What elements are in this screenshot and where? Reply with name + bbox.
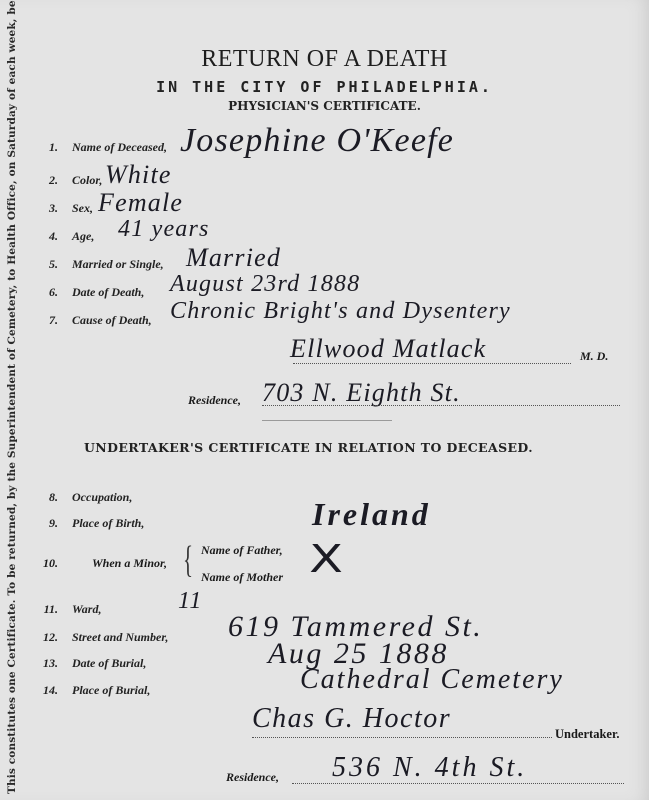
undertaker-certificate-heading: UNDERTAKER'S CERTIFICATE IN RELATION TO … (84, 440, 533, 455)
physician-residence-line (262, 405, 620, 406)
date-of-death-value: August 23rd 1888 (170, 271, 360, 298)
field-label: Color, (72, 173, 102, 187)
field-married-or-single: 5.Married or Single, (36, 257, 164, 272)
field-cause-of-death: 7.Cause of Death, (36, 313, 152, 328)
field-number: 7. (36, 313, 58, 328)
undertaker-residence-label: Residence, (226, 770, 279, 785)
field-label: Married or Single, (72, 257, 164, 271)
field-ward: 11.Ward, (36, 602, 101, 617)
mother-name-label: Name of Mother (201, 570, 283, 585)
father-name-label: Name of Father, (201, 543, 283, 558)
field-number: 12. (36, 630, 58, 645)
field-date-of-burial: 13.Date of Burial, (36, 656, 146, 671)
undertaker-residence-line (292, 783, 624, 784)
ward-value: 11 (178, 588, 203, 615)
field-label: Cause of Death, (72, 313, 152, 327)
field-label: Date of Burial, (72, 656, 146, 670)
undertaker-residence-value: 536 N. 4th St. (332, 752, 527, 784)
margin-instructions: This constitutes one Certificate. To be … (2, 8, 22, 794)
field-number: 11. (36, 602, 58, 617)
field-label: Occupation, (72, 490, 132, 504)
section-divider (262, 420, 392, 421)
field-number: 5. (36, 257, 58, 272)
field-number: 14. (36, 683, 58, 698)
field-place-of-birth: 9.Place of Birth, (36, 516, 144, 531)
undertaker-signature-line (252, 737, 552, 738)
field-label: Place of Burial, (72, 683, 150, 697)
physician-signature-line (293, 363, 571, 364)
field-label: When a Minor, (92, 556, 167, 571)
field-place-of-burial: 14.Place of Burial, (36, 683, 150, 698)
field-label: Ward, (72, 602, 101, 616)
field-number: 10. (36, 556, 58, 571)
field-label: Place of Birth, (72, 516, 144, 530)
physician-residence-label: Residence, (188, 393, 241, 408)
field-color: 2.Color, (36, 173, 102, 188)
field-name-of-deceased: 1.Name of Deceased, (36, 140, 167, 155)
brace-icon: { (183, 540, 193, 580)
deceased-name-value: Josephine O'Keefe (180, 122, 454, 160)
cause-of-death-value: Chronic Bright's and Dysentery (170, 298, 511, 325)
place-of-burial-value: Cathedral Cemetery (300, 664, 564, 696)
field-number: 9. (36, 516, 58, 531)
field-street-and-number: 12.Street and Number, (36, 630, 168, 645)
field-number: 13. (36, 656, 58, 671)
field-label: Name of Deceased, (72, 140, 167, 154)
physician-signature: Ellwood Matlack (290, 334, 486, 364)
md-suffix: M. D. (580, 349, 608, 364)
place-of-birth-value: Ireland (312, 496, 431, 533)
field-sex: 3.Sex, (36, 201, 93, 216)
field-number: 3. (36, 201, 58, 216)
field-label: Street and Number, (72, 630, 168, 644)
field-number: 1. (36, 140, 58, 155)
color-value: White (105, 160, 172, 190)
sex-value: Female (98, 188, 183, 218)
field-label: Date of Death, (72, 285, 144, 299)
physician-residence-value: 703 N. Eighth St. (262, 378, 461, 408)
field-number: 6. (36, 285, 58, 300)
field-number: 4. (36, 229, 58, 244)
undertaker-suffix: Undertaker. (555, 727, 619, 742)
field-number: 8. (36, 490, 58, 505)
marital-status-value: Married (186, 243, 281, 273)
age-value: 41 years (118, 216, 210, 243)
document-title: RETURN OF A DEATH (0, 46, 649, 73)
field-age: 4.Age, (36, 229, 94, 244)
minor-cross-mark: X (309, 537, 343, 581)
document-subtitle: IN THE CITY OF PHILADELPHIA. (0, 78, 649, 96)
field-occupation: 8.Occupation, (36, 490, 132, 505)
field-number: 2. (36, 173, 58, 188)
death-certificate-page: This constitutes one Certificate. To be … (0, 0, 649, 800)
field-label: Sex, (72, 201, 93, 215)
field-label: Age, (72, 229, 94, 243)
undertaker-signature: Chas G. Hoctor (252, 703, 451, 735)
physician-certificate-heading: PHYSICIAN'S CERTIFICATE. (0, 99, 649, 113)
field-date-of-death: 6.Date of Death, (36, 285, 144, 300)
